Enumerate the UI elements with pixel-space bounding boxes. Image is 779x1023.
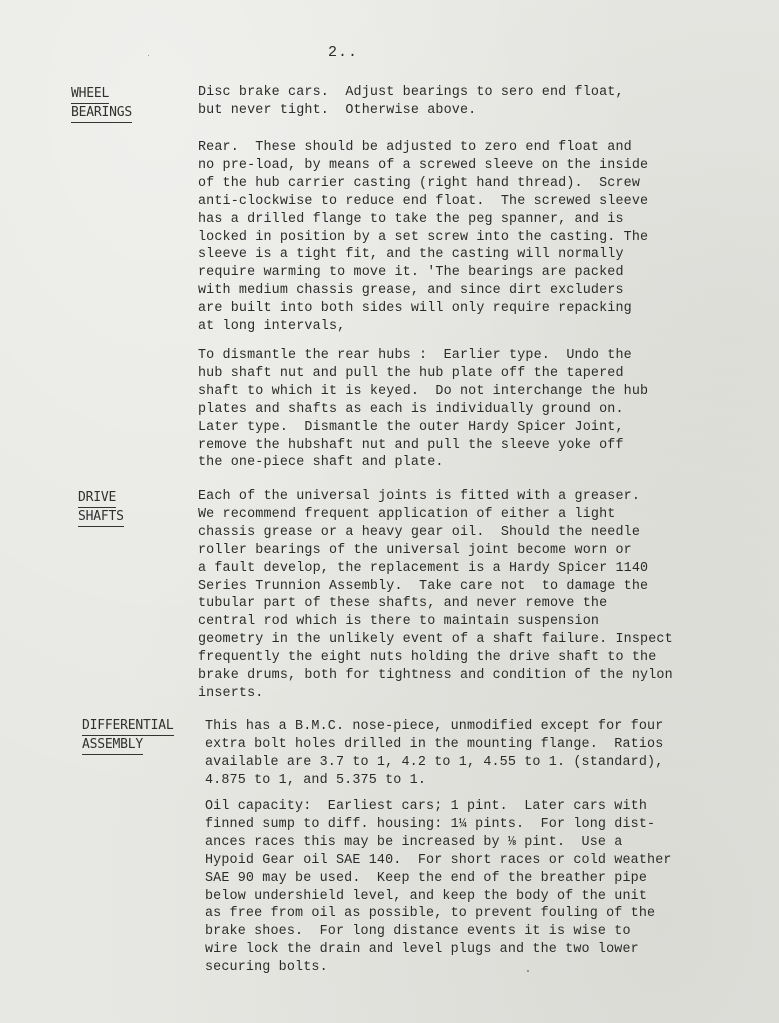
text-line: 4.875 to 1, and 5.375 to 1. — [205, 772, 663, 790]
section-heading: WHEEL BEARINGS — [71, 86, 132, 124]
text-line: SAE 90 may be used. Keep the end of the … — [205, 870, 672, 888]
paragraph-rear: Rear. These should be adjusted to zero e… — [198, 139, 648, 336]
text-line: wire lock the drain and level plugs and … — [205, 941, 672, 959]
text-line: We recommend frequent application of eit… — [198, 506, 673, 524]
text-line: chassis grease or a heavy gear oil. Shou… — [198, 524, 673, 542]
text-line: tubular part of these shafts, and never … — [198, 595, 673, 613]
text-line: hub shaft nut and pull the hub plate off… — [198, 365, 648, 383]
text-line: below undershield level, and keep the bo… — [205, 888, 672, 906]
text-line: require warming to move it. 'The bearing… — [198, 264, 648, 282]
text-line: geometry in the unlikely event of a shaf… — [198, 631, 673, 649]
text-line: Rear. These should be adjusted to zero e… — [198, 139, 648, 157]
text-line: inserts. — [198, 685, 673, 703]
text-line: a fault develop, the replacement is a Ha… — [198, 560, 673, 578]
page-number: 2.. — [328, 44, 358, 61]
text-line: no pre-load, by means of a screwed sleev… — [198, 157, 648, 175]
text-line: Series Trunnion Assembly. Take care not … — [198, 578, 673, 596]
text-line: anti-clockwise to reduce end float. The … — [198, 193, 648, 211]
text-line: the one-piece shaft and plate. — [198, 454, 648, 472]
text-line: with medium chassis grease, and since di… — [198, 282, 648, 300]
document-page: 2.. WHEEL BEARINGS Disc brake cars. Adju… — [0, 0, 779, 1023]
text-line: brake drums, both for tightness and cond… — [198, 667, 673, 685]
paragraph-nose-piece: This has a B.M.C. nose-piece, unmodified… — [205, 718, 663, 790]
text-line: frequently the eight nuts holding the dr… — [198, 649, 673, 667]
text-line: brake shoes. For long distance events it… — [205, 923, 672, 941]
paragraph-universal-joints: Each of the universal joints is fitted w… — [198, 488, 673, 703]
text-line: To dismantle the rear hubs : Earlier typ… — [198, 347, 648, 365]
text-line: remove the hubshaft nut and pull the sle… — [198, 437, 648, 455]
heading-line: SHAFTS — [78, 509, 124, 527]
heading-line: DIFFERENTIAL — [82, 718, 174, 736]
section-heading: DRIVE SHAFTS — [78, 490, 124, 528]
paragraph-disc-brake: Disc brake cars. Adjust bearings to sero… — [198, 84, 624, 120]
text-line: Hypoid Gear oil SAE 140. For short races… — [205, 852, 672, 870]
heading-line: ASSEMBLY — [82, 737, 143, 755]
text-line: finned sump to diff. housing: 1¼ pints. … — [205, 816, 672, 834]
heading-line: BEARINGS — [71, 105, 132, 123]
text-line: at long intervals, — [198, 318, 648, 336]
paragraph-oil-capacity: Oil capacity: Earliest cars; 1 pint. Lat… — [205, 798, 672, 977]
text-line: Disc brake cars. Adjust bearings to sero… — [198, 84, 624, 102]
text-line: sleeve is a tight fit, and the casting w… — [198, 246, 648, 264]
paper-speck — [527, 970, 529, 972]
text-line: shaft to which it is keyed. Do not inter… — [198, 383, 648, 401]
text-line: has a drilled flange to take the peg spa… — [198, 211, 648, 229]
text-line: ances races this may be increased by ⅛ p… — [205, 834, 672, 852]
text-line: plates and shafts as each is individuall… — [198, 401, 648, 419]
text-line: locked in position by a set screw into t… — [198, 229, 648, 247]
text-line: Later type. Dismantle the outer Hardy Sp… — [198, 419, 648, 437]
text-line: Each of the universal joints is fitted w… — [198, 488, 673, 506]
text-line: but never tight. Otherwise above. — [198, 102, 624, 120]
heading-line: WHEEL — [71, 86, 109, 104]
text-line: central rod which is there to maintain s… — [198, 613, 673, 631]
text-line: of the hub carrier casting (right hand t… — [198, 175, 648, 193]
text-line: securing bolts. — [205, 959, 672, 977]
text-line: are built into both sides will only requ… — [198, 300, 648, 318]
section-heading: DIFFERENTIAL ASSEMBLY — [82, 718, 174, 756]
text-line: roller bearings of the universal joint b… — [198, 542, 673, 560]
text-line: Oil capacity: Earliest cars; 1 pint. Lat… — [205, 798, 672, 816]
text-line: extra bolt holes drilled in the mounting… — [205, 736, 663, 754]
heading-line: DRIVE — [78, 490, 116, 508]
text-line: This has a B.M.C. nose-piece, unmodified… — [205, 718, 663, 736]
paragraph-dismantle-hubs: To dismantle the rear hubs : Earlier typ… — [198, 347, 648, 472]
text-line: available are 3.7 to 1, 4.2 to 1, 4.55 t… — [205, 754, 663, 772]
paper-speck — [148, 55, 149, 56]
text-line: as free from oil as possible, to prevent… — [205, 905, 672, 923]
